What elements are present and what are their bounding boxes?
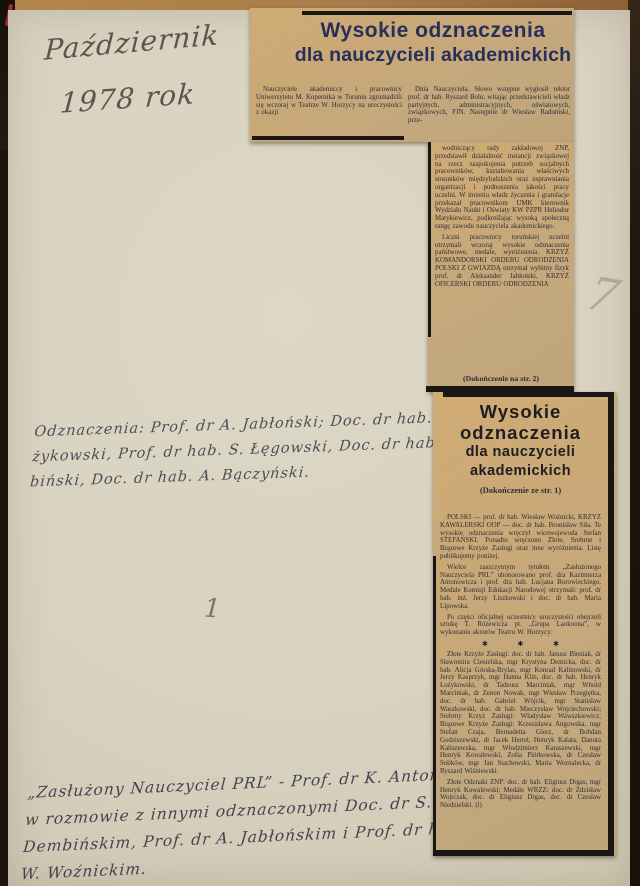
body-paragraph: Złote Odznaki ZNP: doc. dr hab. Eligiusz… (440, 779, 601, 810)
body-paragraph: Liczni pracownicy toruńskiej uczelni otr… (435, 234, 569, 289)
clipping2-left-rule (433, 556, 436, 856)
clipping2-right-rule (608, 392, 614, 856)
body-paragraph: Złote Krzyże Zasługi: doc. dr hab. Janus… (440, 651, 601, 776)
headline-line: Wysokie (439, 401, 602, 422)
newspaper-clipping-2: Wysokie odznaczenia dla nauczycieli akad… (433, 392, 616, 856)
clipping1-left-column-rule (252, 136, 404, 140)
body-paragraph: wodniczący rady zakładowej ZNP, przedsta… (435, 145, 569, 231)
handwritten-year: 1978 rok (59, 77, 196, 120)
clipping1-right-column-top: Dnia Nauczyciela. Słowo wstępne wygłosił… (408, 86, 570, 140)
body-paragraph: POLSKI — prof. dr hab. Wiesław Woźnicki,… (440, 514, 601, 561)
clipping1-columns: Nauczyciele akademiccy i pracownicy Uniw… (256, 86, 570, 140)
newspaper-clipping-1-top: Wysokie odznaczenia dla nauczycieli akad… (250, 8, 574, 142)
body-paragraph: Dnia Nauczyciela. Słowo wstępne wygłosił… (408, 86, 570, 125)
clipping1-left-column: Nauczyciele akademiccy i pracownicy Uniw… (256, 86, 402, 140)
continuation-note: (Dokończenie na str. 2) (428, 374, 574, 383)
clipping2-bottom-rule (433, 850, 614, 856)
clipping2-top-rule (443, 392, 612, 397)
handwritten-margin-mark: 7 (579, 267, 627, 324)
handwritten-annotation-bottom: „Zasłużony Nauczyciel PRL” - Prof. dr K.… (20, 760, 491, 886)
body-paragraph: Nauczyciele akademiccy i pracownicy Uniw… (256, 86, 402, 117)
clipping1-headline: Wysokie odznaczenia dla nauczycieli akad… (294, 18, 572, 67)
clipping2-headline: Wysokie odznaczenia dla nauczycieli akad… (439, 401, 602, 481)
headline-line: akademickich (439, 462, 602, 481)
handwritten-month: Październik (43, 18, 220, 67)
body-paragraph: Wielce zaszczytnym tytułem „Zasłużonego … (440, 564, 601, 611)
clipping1-column-left-rule (428, 142, 431, 337)
clipping1-column-text: wodniczący rady zakładowej ZNP, przedsta… (435, 145, 569, 370)
newspaper-clipping-1-column: wodniczący rady zakładowej ZNP, przedsta… (428, 142, 574, 392)
headline-line: dla nauczycieli (439, 443, 602, 462)
continuation-note: (Dokończenie ze str. 1) (439, 485, 602, 495)
body-paragraph: Po części oficjalnej uczestnicy uroczyst… (440, 614, 601, 637)
clipping1-top-rule (302, 11, 572, 15)
headline-line: Wysokie odznaczenia (294, 18, 572, 43)
headline-line: odznaczenia (439, 422, 602, 443)
handwritten-page-number: 1 (203, 594, 222, 625)
clipping2-body: POLSKI — prof. dr hab. Wiesław Woźnicki,… (440, 514, 601, 848)
section-divider-stars: ✱ ✱ ✱ (454, 640, 601, 648)
headline-line: dla nauczycieli akademickich (294, 43, 572, 67)
